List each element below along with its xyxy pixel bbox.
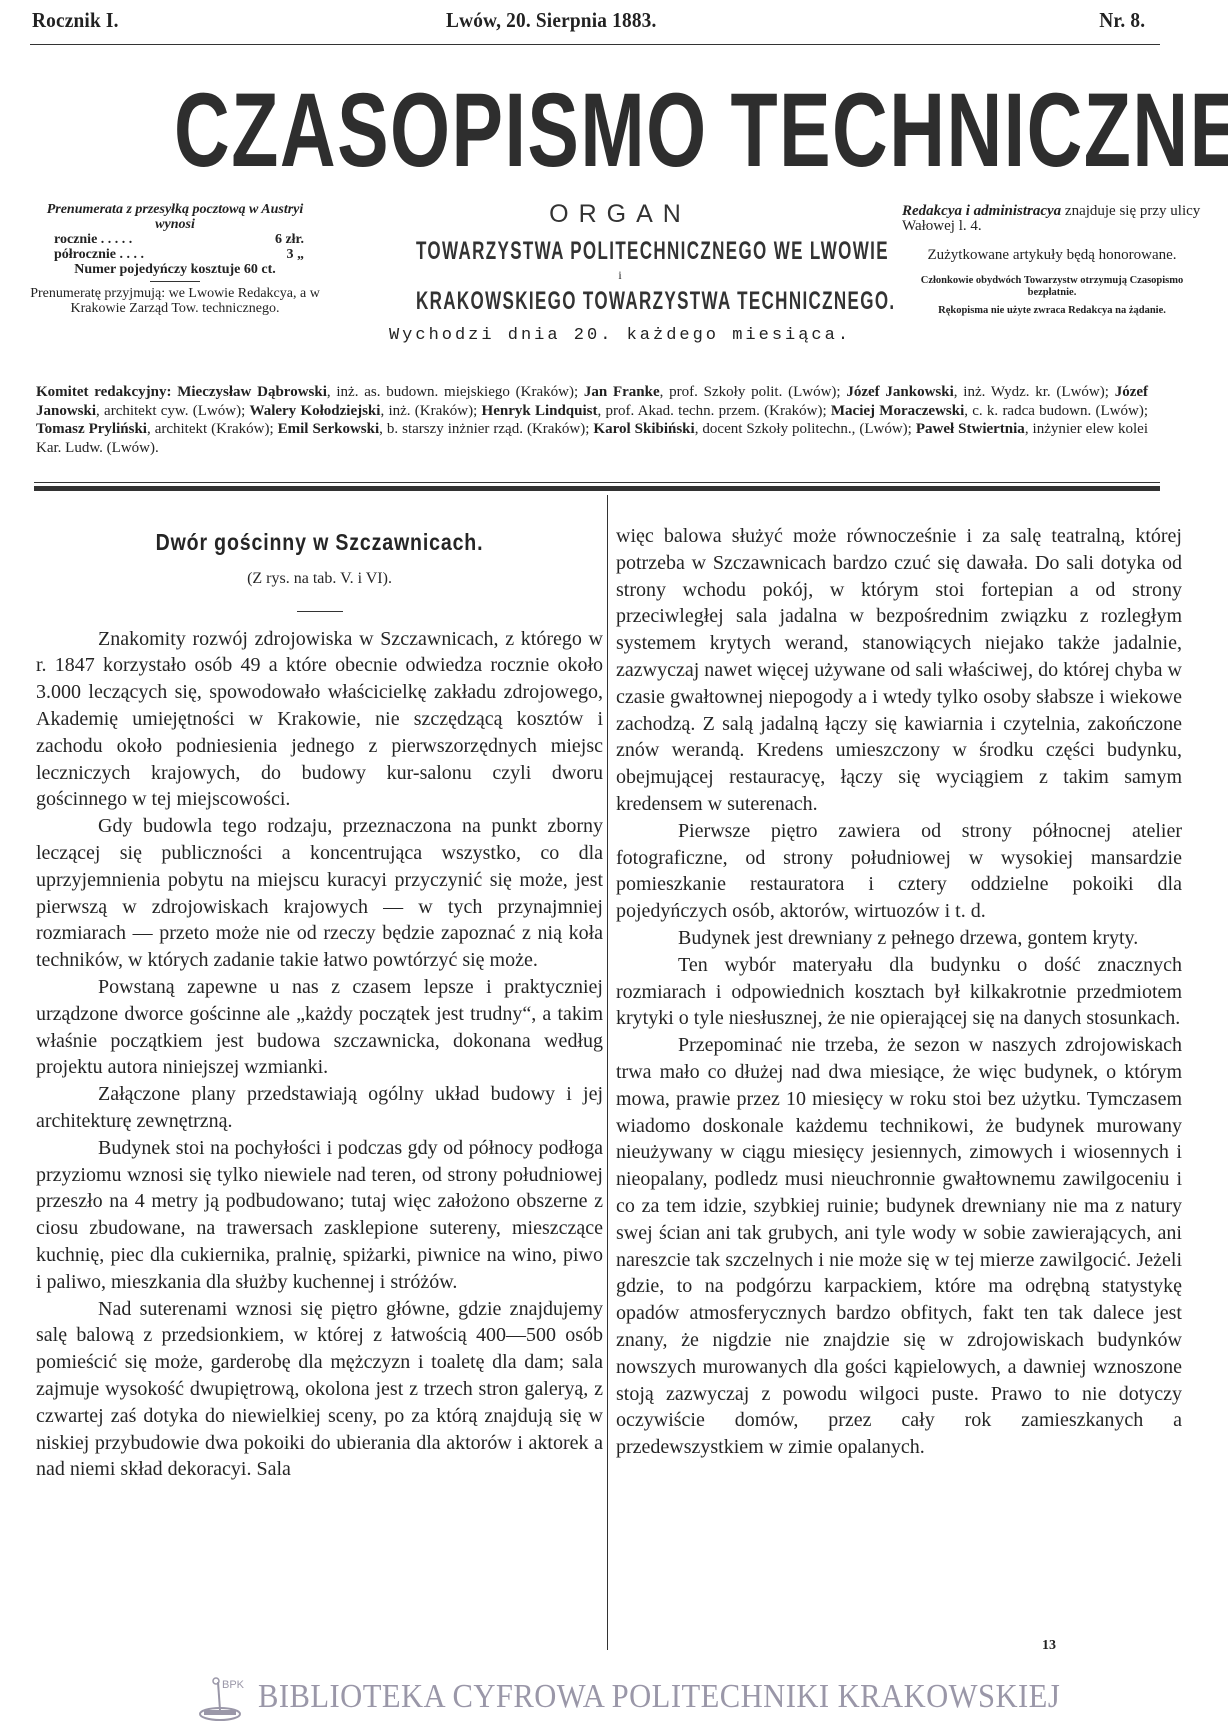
article-paragraph: więc balowa służyć może równocześnie i z…	[616, 523, 1182, 818]
committee-member-name: Henryk Lindquist	[482, 403, 598, 419]
issue-number: Nr. 8.	[1099, 8, 1145, 33]
honorarium-note: Zużytkowane artykuły będą honorowane.	[902, 248, 1202, 263]
price-value: 6 złr.	[275, 232, 304, 247]
column-separator	[607, 495, 608, 1650]
committee-member-desc: , inż. as. budown. miejskiego (Kraków);	[327, 384, 584, 400]
committee-member-desc: , inż. (Kraków);	[380, 403, 481, 419]
committee-member-desc: , docent Szkoły politechn., (Lwów);	[695, 421, 916, 437]
volume-label: Rocznik I.	[32, 8, 119, 33]
organ-conjunction: i	[320, 268, 920, 283]
title-rule	[297, 611, 343, 612]
price-label: półrocznie . . . .	[54, 247, 144, 262]
editorial-info: Redakcya i administracya znajduje się pr…	[902, 204, 1202, 317]
logo-text: BPK	[222, 1679, 245, 1691]
organ-label: ORGAN	[320, 200, 920, 229]
section-double-rule	[34, 482, 1160, 491]
committee-member-desc: , architekt cyw. (Lwów);	[96, 403, 250, 419]
committee-member-name: Emil Serkowski	[278, 421, 380, 437]
committee-member-desc: , architekt (Kraków);	[147, 421, 278, 437]
subscription-info: Prenumerata z przesyłką pocztową w Austr…	[30, 202, 320, 316]
subscription-accepted: Prenumeratę przyjmują: we Lwowie Redakcy…	[30, 286, 320, 316]
article-paragraph: Pierwsze piętro zawiera od strony północ…	[616, 818, 1182, 925]
article-paragraph: Nad suterenami wznosi się piętro główne,…	[36, 1296, 603, 1484]
committee-member-desc: , c. k. radca budown. (Lwów);	[964, 403, 1148, 419]
article-paragraph: Znakomity rozwój zdrojowiska w Szczawnic…	[36, 626, 603, 814]
committee-member-desc: , prof. Szkoły polit. (Lwów);	[660, 384, 847, 400]
committee-member-name: Maciej Moraczewski	[831, 403, 964, 419]
article-paragraph: Załączone plany przedstawiają ogólny ukł…	[36, 1081, 603, 1135]
price-value: 3 „	[287, 247, 305, 262]
library-name: BIBLIOTEKA CYFROWA POLITECHNIKI KRAKOWSK…	[258, 1678, 1060, 1716]
article-column-right: więc balowa służyć może równocześnie i z…	[616, 523, 1182, 1461]
article-paragraph: Przepominać nie trzeba, że sezon w naszy…	[616, 1032, 1182, 1461]
price-row-halfyear: półrocznie . . . . 3 „	[30, 247, 320, 262]
masthead-title: CZASOPISMO TECHNICZNE	[200, 78, 991, 183]
header-rule	[30, 44, 1160, 45]
committee-member-name: Jan Franke	[584, 384, 660, 400]
editorial-address: Redakcya i administracya znajduje się pr…	[902, 204, 1202, 234]
article-paragraph: Ten wybór materyału dla budynku o dość z…	[616, 952, 1182, 1032]
committee-member-name: Paweł Stwiertnia	[916, 421, 1025, 437]
article-title: Dwór gościnny w Szczawnicach.	[79, 529, 561, 556]
article-paragraph: Powstaną zapewne u nas z czasem lepsze i…	[36, 974, 603, 1081]
dateline: Lwów, 20. Sierpnia 1883.	[446, 8, 657, 33]
library-logo-icon: BPK	[198, 1676, 248, 1722]
article-column-left: Dwór gościnny w Szczawnicach. (Z rys. na…	[36, 525, 603, 1483]
editorial-committee: Komitet redakcyjny: Mieczysław Dąbrowski…	[36, 383, 1148, 457]
divider	[150, 281, 200, 282]
masthead-title-text: CZASOPISMO TECHNICZNE	[174, 78, 1228, 183]
subscription-intro: Prenumerata z przesyłką pocztową w Austr…	[30, 202, 320, 232]
committee-member-desc: , b. starszy inżnier rząd. (Kraków);	[379, 421, 593, 437]
committee-member-desc: , prof. Akad. techn. przem. (Kraków);	[598, 403, 831, 419]
price-label: rocznie . . . . .	[54, 232, 132, 247]
organ-society-2: KRAKOWSKIEGO TOWARZYSTWA TECHNICZNEGO.	[416, 287, 824, 316]
organ-block: ORGAN TOWARZYSTWA POLITECHNICZNEGO WE LW…	[320, 200, 920, 345]
address-italic: Redakcya i administracya	[902, 203, 1061, 219]
committee-member-name: Mieczysław Dąbrowski	[177, 384, 327, 400]
single-issue-price: Numer pojedyńczy kosztuje 60 ct.	[30, 262, 320, 277]
committee-member-name: Karol Skibiński	[593, 421, 694, 437]
article-paragraph: Budynek jest drewniany z pełnego drzewa,…	[616, 925, 1182, 952]
committee-member-name: Walery Kołodziejski	[250, 403, 381, 419]
publication-schedule: Wychodzi dnia 20. każdego miesiąca.	[320, 326, 920, 345]
issue-header: Rocznik I. Lwów, 20. Sierpnia 1883. Nr. …	[32, 8, 1072, 38]
price-row-annual: rocznie . . . . . 6 złr.	[30, 232, 320, 247]
article-paragraph: Budynek stoi na pochyłości i podczas gdy…	[36, 1135, 603, 1296]
library-watermark: BPK BIBLIOTEKA CYFROWA POLITECHNIKI KRAK…	[198, 1676, 1038, 1726]
organ-society-1: TOWARZYSTWA POLITECHNICZNEGO WE LWOWIE	[416, 237, 824, 266]
members-note: Członkowie obydwóch Towarzystw otrzymują…	[902, 275, 1202, 299]
manuscripts-note: Rękopisma nie użyte zwraca Redakcya na ż…	[902, 305, 1202, 317]
article-subtitle: (Z rys. na tab. V. i VI).	[36, 566, 603, 593]
committee-member-desc: , inż. Wydz. kr. (Lwów);	[954, 384, 1115, 400]
committee-label: Komitet redakcyjny:	[36, 384, 171, 400]
page-number: 13	[1042, 1638, 1056, 1654]
article-paragraph: Gdy budowla tego rodzaju, przeznaczona n…	[36, 813, 603, 974]
committee-member-name: Tomasz Pryliński	[36, 421, 147, 437]
committee-member-name: Józef Jankowski	[846, 384, 953, 400]
